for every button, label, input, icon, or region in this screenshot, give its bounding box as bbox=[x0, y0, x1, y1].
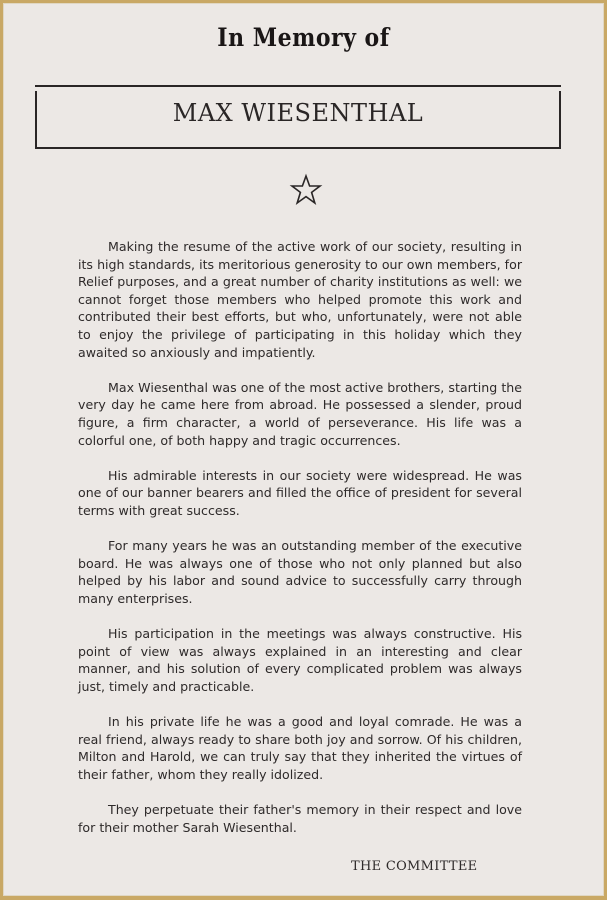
paragraph: In his private life he was a good and lo… bbox=[78, 713, 522, 783]
paragraph: Max Wiesenthal was one of the most activ… bbox=[78, 379, 522, 449]
star-icon bbox=[289, 173, 323, 207]
paragraph: His participation in the meetings was al… bbox=[78, 625, 522, 695]
paragraph: They perpetuate their father's memory in… bbox=[78, 801, 522, 836]
memorial-page: In Memory of MAX WIESENTHAL Making the r… bbox=[3, 3, 604, 896]
name-frame: MAX WIESENTHAL bbox=[35, 85, 561, 149]
paragraph: His admirable interests in our society w… bbox=[78, 467, 522, 520]
signature: THE COMMITTEE bbox=[351, 859, 477, 874]
page-heading: In Memory of bbox=[3, 23, 604, 53]
honoree-name: MAX WIESENTHAL bbox=[35, 99, 561, 127]
paragraph: Making the resume of the active work of … bbox=[78, 238, 522, 361]
memorial-text: Making the resume of the active work of … bbox=[78, 238, 522, 854]
paragraph: For many years he was an outstanding mem… bbox=[78, 537, 522, 607]
